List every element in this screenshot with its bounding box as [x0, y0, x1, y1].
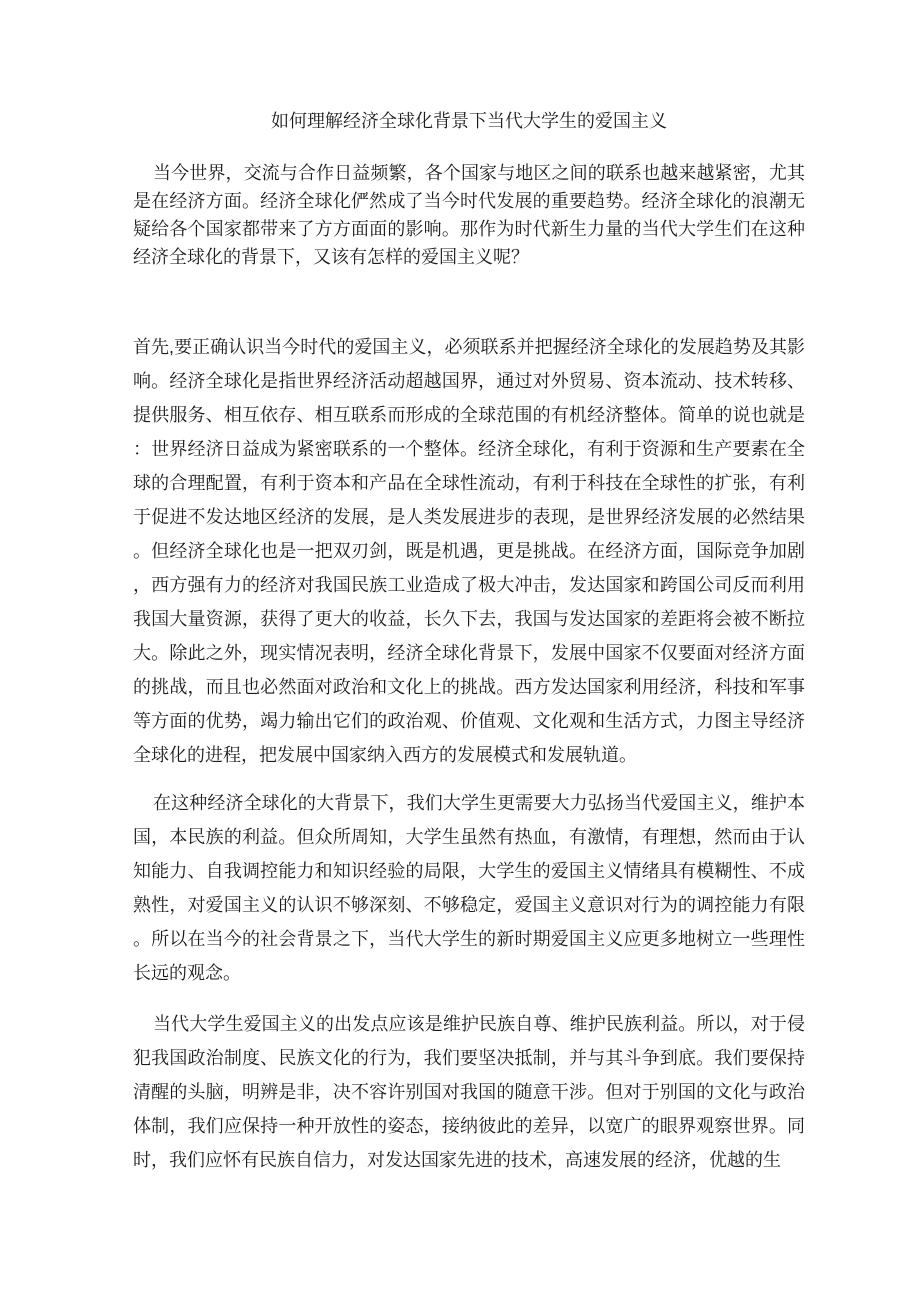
paragraph-intro: 当今世界，交流与合作日益频繁，各个国家与地区之间的联系也越来越紧密，尤其是在经济… [133, 159, 805, 271]
document-content: 如何理解经济全球化背景下当代大学生的爱国主义 当今世界，交流与合作日益频繁，各个… [133, 0, 805, 1177]
paragraph-patriotism-starting-point: 当代大学生爱国主义的出发点应该是维护民族自尊、维护民族利益。所以，对于侵犯我国政… [133, 1007, 805, 1177]
paragraph-globalization-definition: 首先,要正确认识当今时代的爱国主义，必须联系并把握经济全球化的发展趋势及其影响。… [133, 330, 805, 772]
document-page: 如何理解经济全球化背景下当代大学生的爱国主义 当今世界，交流与合作日益频繁，各个… [0, 0, 920, 1302]
paragraph-student-patriotism: 在这种经济全球化的大背景下，我们大学生更需要大力弘扬当代爱国主义，维护本国，本民… [133, 786, 805, 990]
document-title: 如何理解经济全球化背景下当代大学生的爱国主义 [133, 0, 805, 135]
